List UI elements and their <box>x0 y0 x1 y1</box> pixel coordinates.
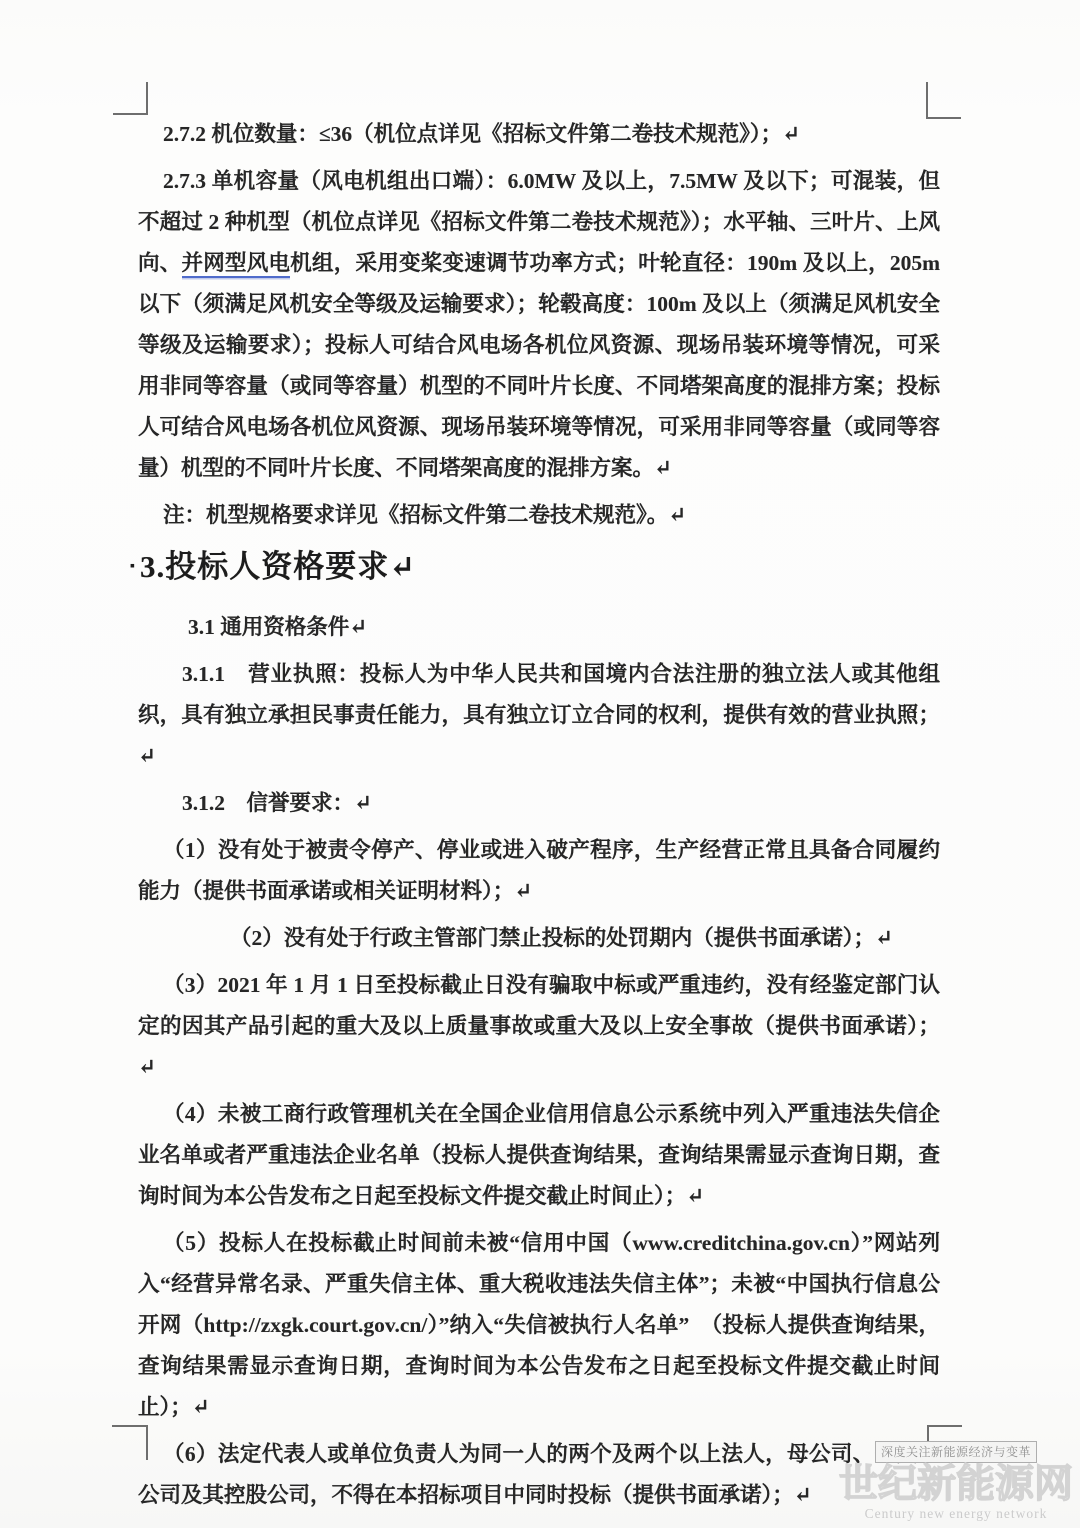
clause-2-7-3: 2.7.3 单机容量（风电机组出口端）：6.0MW 及以上，7.5MW 及以下；… <box>138 161 940 489</box>
scanned-document-page: 2.7.2 机位数量：≤36（机位点详见《招标文件第二卷技术规范》）；↵ 2.7… <box>0 0 1080 1528</box>
crop-mark-top-left-icon <box>113 82 148 115</box>
site-watermark: 深度关注新能源经济与变革 世纪新能源网 Century new energy n… <box>836 1441 1076 1521</box>
credit-requirement-4: （4）未被工商行政管理机关在全国企业信用信息公示系统中列入严重违法失信企业名单或… <box>138 1094 940 1217</box>
clause-3-1-title: 3.1 通用资格条件↵ <box>138 607 940 648</box>
model-spec-note: 注：机型规格要求详见《招标文件第二卷技术规范》。↵ <box>138 495 940 536</box>
credit-requirement-1: （1）没有处于被责令停产、停业或进入破产程序，生产经营正常且具备合同履约能力（提… <box>138 830 940 912</box>
credit-requirement-5: （5）投标人在投标截止时间前未被“信用中国（www.creditchina.go… <box>138 1223 940 1428</box>
clause-2-7-2: 2.7.2 机位数量：≤36（机位点详见《招标文件第二卷技术规范》）；↵ <box>138 114 940 155</box>
spellcheck-underlined-text: 并网型风电 <box>182 251 291 278</box>
watermark-brand-english: Century new energy network <box>836 1506 1076 1521</box>
clause-3-1-2: 3.1.2 信誉要求：↵ <box>138 783 940 824</box>
document-content: 2.7.2 机位数量：≤36（机位点详见《招标文件第二卷技术规范》）；↵ 2.7… <box>138 114 940 1522</box>
credit-requirement-3: （3）2021 年 1 月 1 日至投标截止日没有骗取中标或严重违约，没有经鉴定… <box>138 965 940 1088</box>
watermark-brand: 世纪新能源网 <box>836 1465 1076 1505</box>
credit-requirement-2: （2）没有处于行政主管部门禁止投标的处罚期内（提供书面承诺）；↵ <box>138 918 940 959</box>
clause-3-1-1: 3.1.1 营业执照：投标人为中华人民共和国境内合法注册的独立法人或其他组织，具… <box>138 654 940 777</box>
section-3-heading: ▪3.投标人资格要求↵ <box>130 544 940 593</box>
section-3-heading-text: 3.投标人资格要求↵ <box>140 549 416 584</box>
credit-requirement-6: （6）法定代表人或单位负责人为同一人的两个及两个以上法人，母公司、全资子公司及其… <box>138 1434 940 1516</box>
clause-2-7-3-text-end: 机组，采用变桨变速调节功率方式；叶轮直径：190m 及以上，205m 以下（须满… <box>138 251 940 480</box>
heading-bullet-icon: ▪ <box>130 559 136 574</box>
watermark-tagline: 深度关注新能源经济与变革 <box>875 1441 1037 1463</box>
